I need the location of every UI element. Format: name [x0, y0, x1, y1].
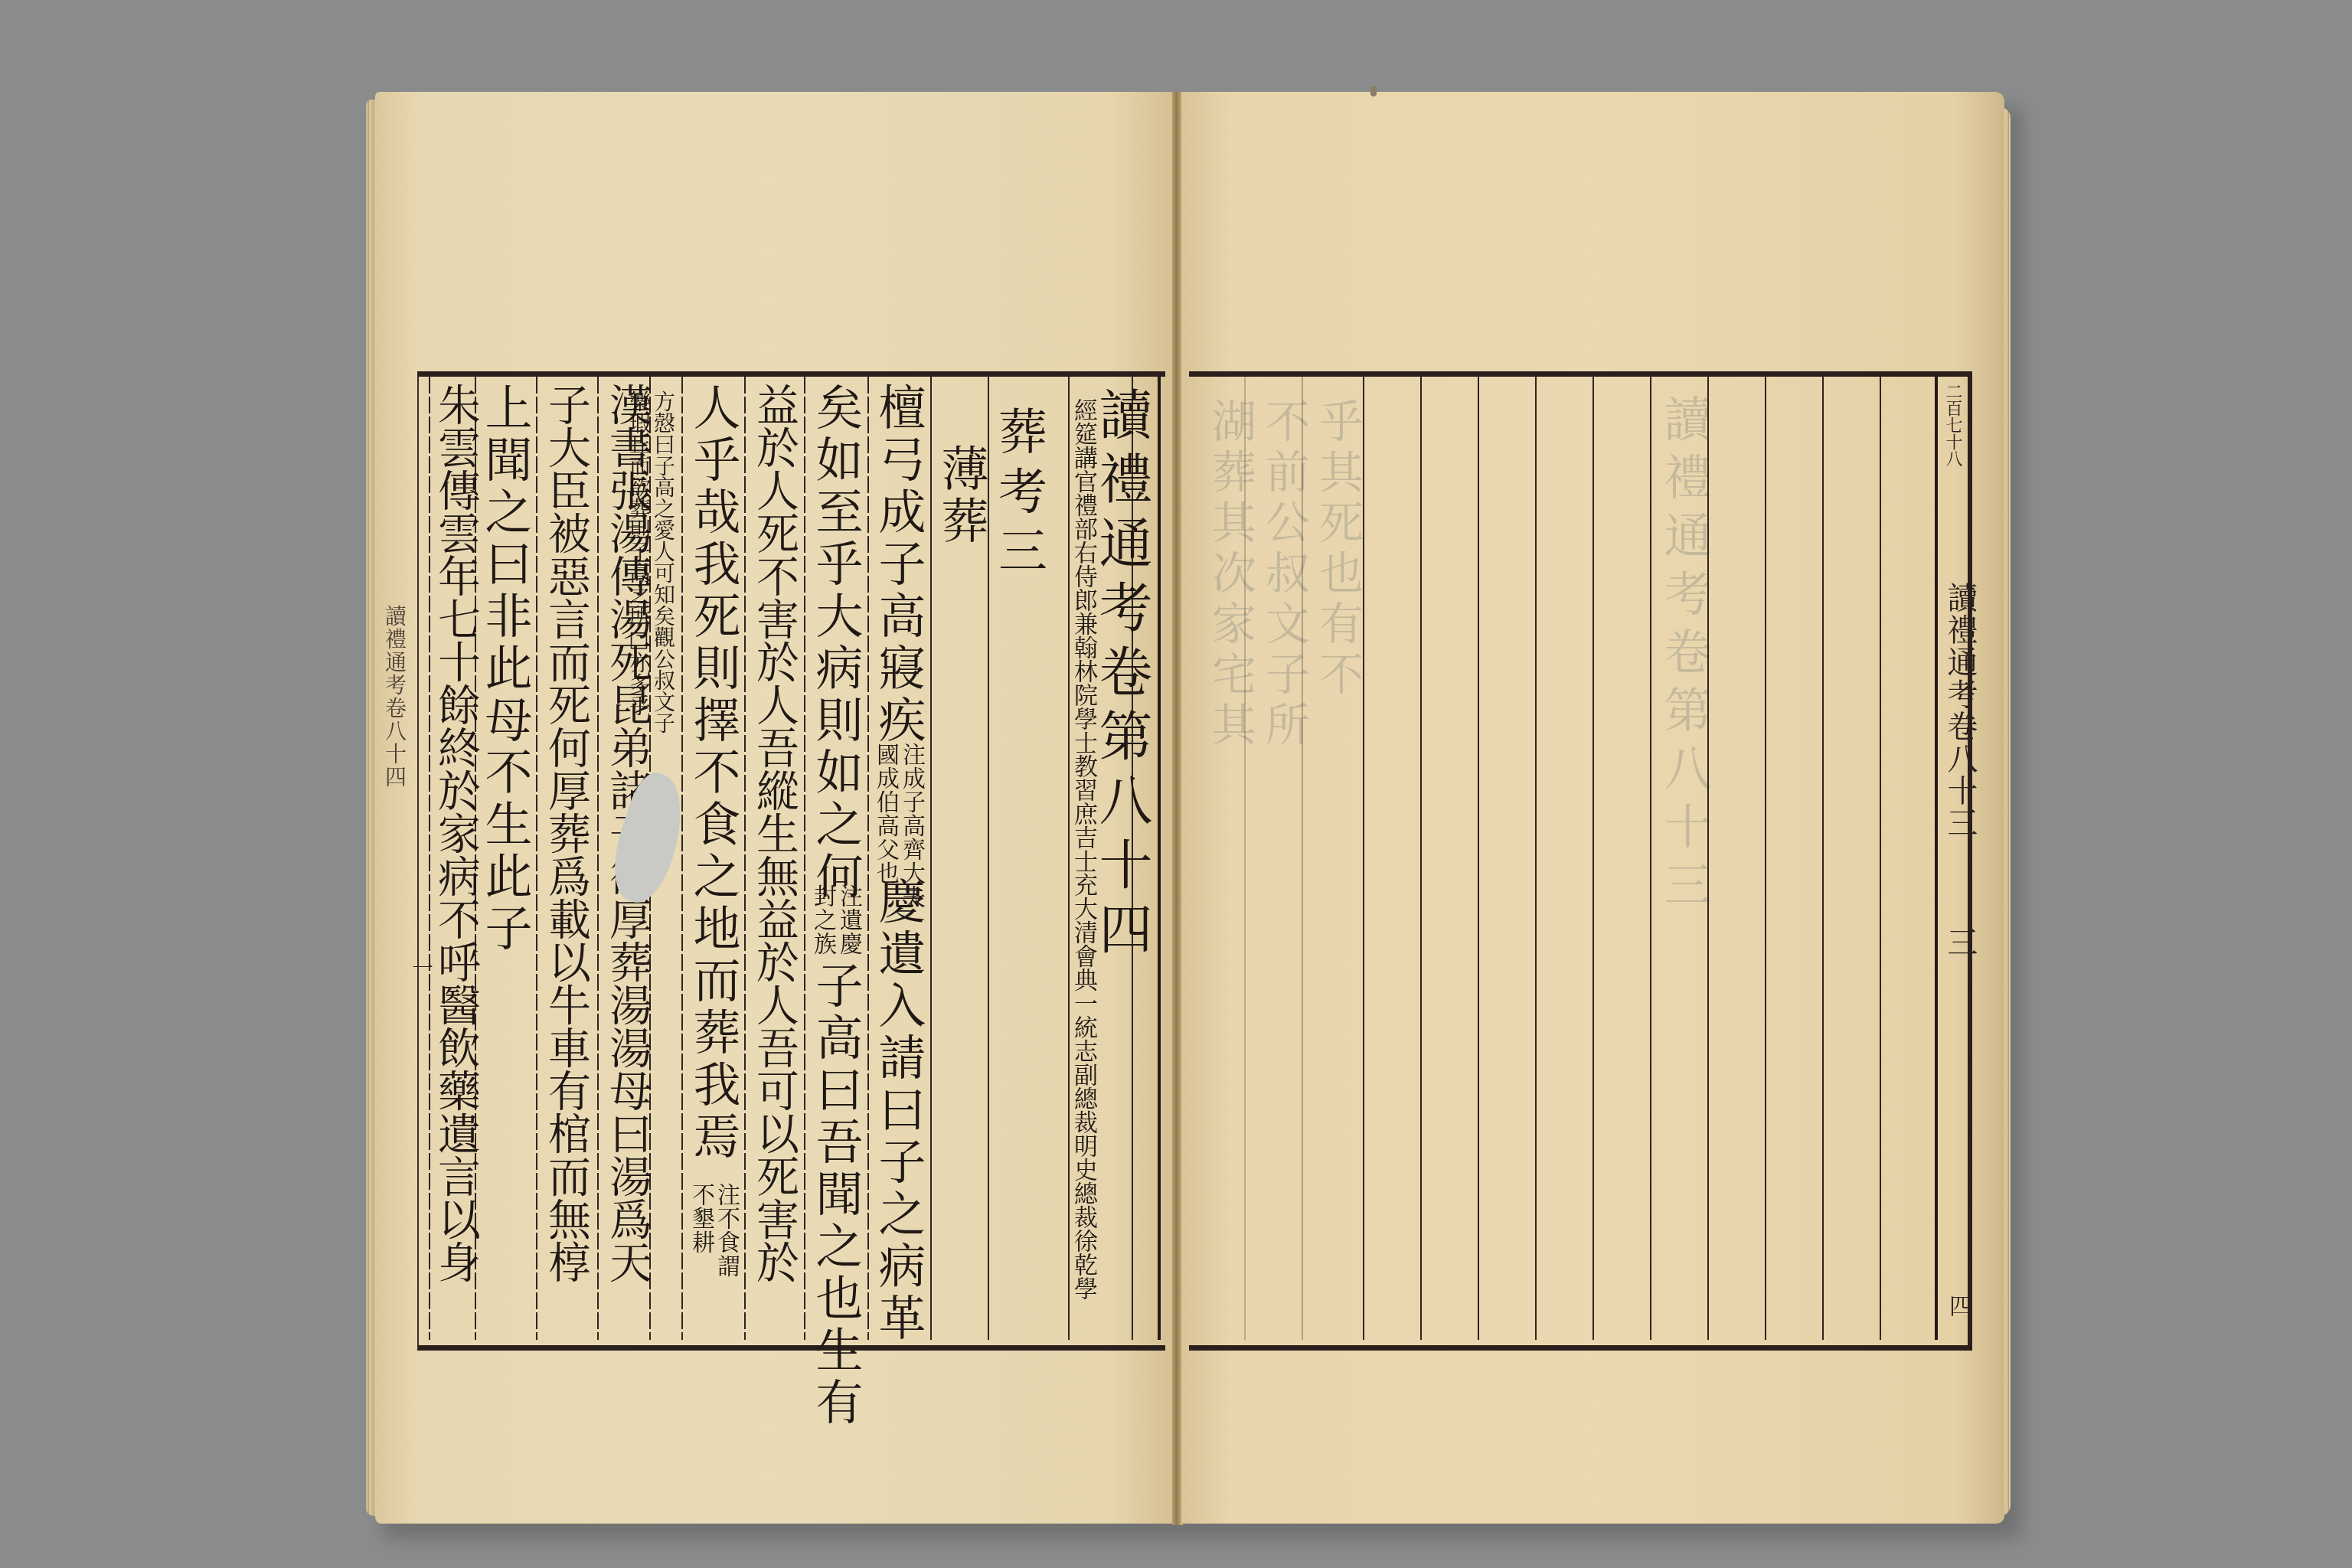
column-rule [1244, 377, 1246, 1340]
fore-edge-mark: 三 [1939, 926, 1982, 959]
annotation: 注不食謂 [714, 1183, 738, 1278]
column-rule [1707, 377, 1709, 1340]
column-rule [1363, 377, 1364, 1340]
fore-edge-mark: 一 [406, 957, 436, 980]
paper-blemish [1370, 86, 1377, 96]
annotation: 不墾耕 [689, 1183, 713, 1254]
text-column: 子高曰吾聞之也生有 [810, 961, 861, 1429]
annotation: 方慤曰子高之愛人可知矣觀公叔文子 [652, 390, 674, 733]
column-rule [1478, 377, 1479, 1340]
column-rule [804, 377, 805, 1340]
column-rule [597, 377, 599, 1340]
page-number: 二百七十八 [1941, 383, 1965, 467]
column-rule [1822, 377, 1824, 1340]
text-column: 慶遺入請曰子之病革 [873, 877, 923, 1345]
column-rule [1535, 377, 1537, 1340]
annotation: 國成伯高父也 [874, 743, 897, 885]
fore-edge-mark-bottom: 四 [1941, 1294, 1975, 1318]
column-rule [1592, 377, 1594, 1340]
fore-edge-label: 讀禮通考卷八十四 [379, 605, 410, 789]
column-rule [1650, 377, 1651, 1340]
column-rule [536, 377, 537, 1340]
subsection-heading: 薄葬 [936, 444, 986, 548]
column-rule [1420, 377, 1422, 1340]
annotation: 注遺慶 [837, 884, 861, 955]
text-column: 人乎哉我死則擇不食之地而葬我焉 [688, 383, 738, 1164]
text-column: 益於人死不害於人吾縱生無益於人吾可以死害於 [749, 383, 799, 1283]
column-rule [744, 377, 746, 1340]
annotation: 封之族 [811, 884, 835, 955]
column-rule [930, 377, 932, 1340]
show-through-text: 乎其死也有不 [1305, 398, 1370, 701]
author-credits: 經筵講官禮部右侍郎兼翰林院學士教習庶吉士充大清會典一統志副總裁明史總裁徐乾學 [1072, 398, 1095, 1300]
text-column: 子大臣被惡言而死何厚葬爲載以牛車有棺而無椁 [541, 383, 591, 1283]
column-rule [1765, 377, 1766, 1340]
column-rule [1302, 377, 1303, 1340]
column-rule [1935, 377, 1938, 1340]
column-rule [681, 377, 683, 1340]
column-rule [867, 377, 869, 1340]
section-heading: 葬考三 [993, 406, 1044, 585]
text-column: 上聞之曰非此母不生此子 [479, 383, 530, 955]
text-column: 矣如至乎大病則如之何 [810, 383, 861, 903]
fore-edge-label: 讀禮通考卷八十三 [1939, 582, 1982, 839]
column-rule [1880, 377, 1881, 1340]
text-column: 朱雲傳雲年七十餘終於家病不呼醫飲藥遺言以身 [430, 383, 481, 1283]
text-column: 檀弓成子高寢疾 [873, 383, 923, 747]
